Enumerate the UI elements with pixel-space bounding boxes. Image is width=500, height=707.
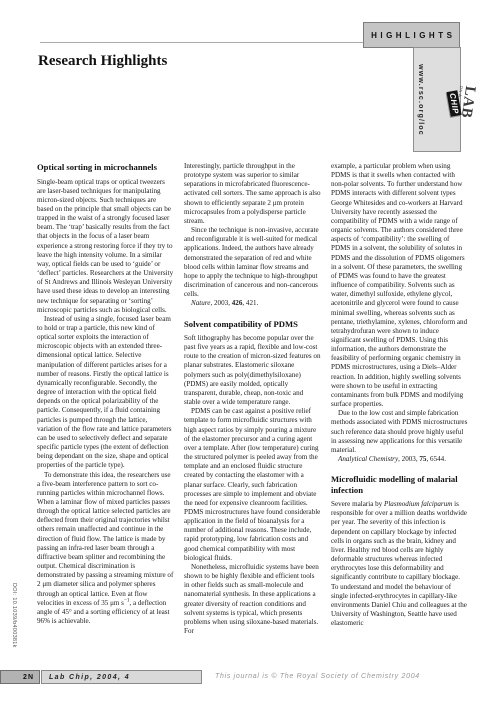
page-number: 2N xyxy=(23,674,34,681)
article-paragraph: Severe malaria by Plasmodium falciparum … xyxy=(331,500,468,628)
article-paragraph: Interestingly, particle throughput in th… xyxy=(184,162,321,226)
article-paragraph: Single-beam optical traps or optical twe… xyxy=(37,178,174,315)
column-1: Optical sorting in microchannels Single-… xyxy=(37,162,174,636)
doi-vertical-text: DOI: 10.1039/b400381k xyxy=(11,583,17,648)
journal-page: HIGHLIGHTS www.rsc.org/loc LAB ON A CHIP… xyxy=(0,0,500,707)
article-paragraph: PDMS can be cast against a positive reli… xyxy=(184,407,321,563)
footer-copyright: This journal is © The Royal Society of C… xyxy=(215,673,420,680)
footer-journal-ref-box: Lab Chip, 2004, 4 xyxy=(41,670,202,684)
lab-on-a-chip-logo: LAB ON A CHIP xyxy=(417,79,477,120)
heading-solvent-compatibility: Solvent compatibility of PDMS xyxy=(184,319,321,330)
citation-analytical-chemistry: Analytical Chemistry, 2003, 75, 6544. xyxy=(331,455,468,464)
article-columns: Optical sorting in microchannels Single-… xyxy=(37,162,468,636)
footer-page-number-box: 2N xyxy=(0,670,40,684)
article-paragraph: Instead of using a single, focused laser… xyxy=(37,315,174,471)
citation-nature: Nature, 2003, 426, 421. xyxy=(184,299,321,308)
article-paragraph: Nonetheless, microfluidic systems have b… xyxy=(184,563,321,636)
article-paragraph: Soft lithography has become popular over… xyxy=(184,334,321,407)
journal-reference: Lab Chip, 2004, 4 xyxy=(49,674,130,681)
page-title: Research Highlights xyxy=(38,53,167,70)
column-2: Interestingly, particle throughput in th… xyxy=(184,162,321,636)
header-rule xyxy=(40,42,364,43)
article-paragraph: Due to the low cost and simple fabricati… xyxy=(331,409,468,455)
heading-microfluidic-modelling: Microfluidic modelling of malarial infec… xyxy=(331,474,468,495)
heading-optical-sorting: Optical sorting in microchannels xyxy=(37,162,174,173)
rsc-url-panel: www.rsc.org/loc LAB ON A CHIP xyxy=(413,47,461,152)
highlights-label: HIGHLIGHTS xyxy=(368,31,456,40)
column-3: example, a particular problem when using… xyxy=(331,162,468,636)
article-paragraph: Since the technique is non-invasive, acc… xyxy=(184,226,321,299)
article-paragraph: To demonstrate this idea, the researcher… xyxy=(37,471,174,627)
highlights-banner: HIGHLIGHTS xyxy=(363,22,460,48)
article-paragraph: example, a particular problem when using… xyxy=(331,162,468,409)
